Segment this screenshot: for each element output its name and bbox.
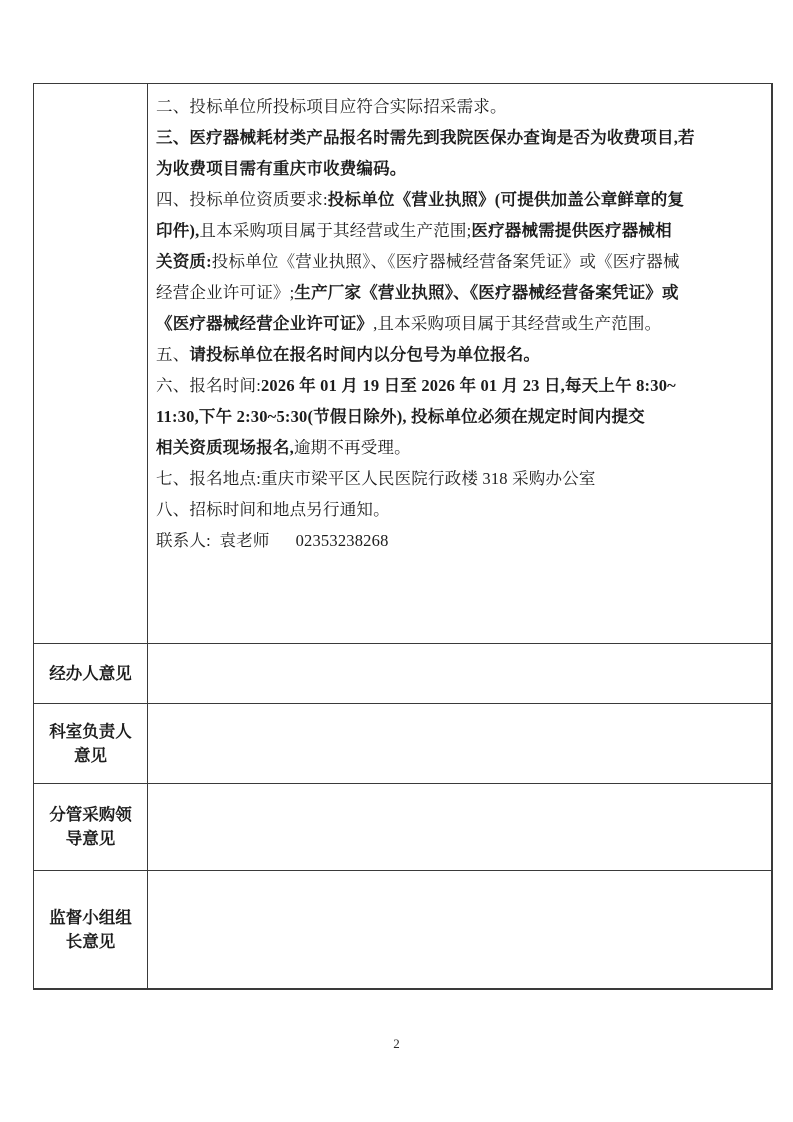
notice-line: 七、报名地点:重庆市梁平区人民医院行政楼 318 采购办公室	[156, 463, 765, 494]
notice-line: 八、招标时间和地点另行通知。	[156, 494, 765, 525]
table-row-procurement-leader-opinion: 分管采购领导意见	[34, 783, 771, 870]
notice-text: 五、	[156, 345, 189, 364]
notice-text: 逾期不再受理。	[294, 438, 411, 457]
notice-text-bold: 印件),	[156, 221, 199, 240]
supervision-group-leader-opinion-label: 监督小组组长意见	[47, 906, 134, 954]
document-page: 二、投标单位所投标项目应符合实际招采需求。三、医疗器械耗材类产品报名时需先到我院…	[0, 0, 793, 1122]
notice-line: 三、医疗器械耗材类产品报名时需先到我院医保办查询是否为收费项目,若	[156, 122, 765, 153]
department-head-opinion-label-cell: 科室负责人意见	[34, 704, 148, 783]
notice-line: 《医疗器械经营企业许可证》,且本采购项目属于其经营或生产范围。	[156, 308, 765, 339]
table-row-department-head-opinion: 科室负责人意见	[34, 703, 771, 783]
notice-text-bold: 《医疗器械经营企业许可证》	[156, 314, 373, 333]
page-number: 2	[0, 1036, 793, 1052]
notice-line: 联系人: 袁老师 02353238268	[156, 525, 765, 556]
notice-text: ,且本采购项目属于其经营或生产范围。	[373, 314, 661, 333]
notice-text-bold: 三、医疗器械耗材类产品报名时需先到我院医保办查询是否为收费项目,若	[156, 128, 695, 147]
notice-text-bold: 2026 年 01 月 19 日至 2026 年 01 月 23 日,每天上午 …	[261, 376, 676, 395]
notice-line: 经营企业许可证》;生产厂家《营业执照》、《医疗器械经营备案凭证》或	[156, 277, 765, 308]
notice-lines: 二、投标单位所投标项目应符合实际招采需求。三、医疗器械耗材类产品报名时需先到我院…	[156, 91, 765, 556]
procurement-leader-opinion-content-cell	[148, 784, 771, 870]
notice-line: 为收费项目需有重庆市收费编码。	[156, 153, 765, 184]
notice-text: 二、投标单位所投标项目应符合实际招采需求。	[156, 97, 507, 116]
procurement-leader-opinion-label: 分管采购领导意见	[47, 803, 134, 851]
notice-text: 七、报名地点:重庆市梁平区人民医院行政楼 318 采购办公室	[156, 469, 596, 488]
procurement-leader-opinion-label-cell: 分管采购领导意见	[34, 784, 148, 870]
notice-text-bold: 生产厂家《营业执照》、《医疗器械经营备案凭证》或	[294, 283, 678, 302]
notice-content-cell: 二、投标单位所投标项目应符合实际招采需求。三、医疗器械耗材类产品报名时需先到我院…	[148, 84, 771, 643]
notice-line: 四、投标单位资质要求:投标单位《营业执照》(可提供加盖公章鲜章的复	[156, 184, 765, 215]
notice-line: 11:30,下午 2:30~5:30(节假日除外), 投标单位必须在规定时间内提…	[156, 401, 765, 432]
table-row-handler-opinion: 经办人意见	[34, 643, 771, 703]
notice-text-bold: 11:30,下午 2:30~5:30(节假日除外), 投标单位必须在规定时间内提…	[156, 407, 645, 426]
department-head-opinion-label: 科室负责人意见	[47, 720, 134, 768]
notice-text: 四、投标单位资质要求:	[156, 190, 328, 209]
notice-line: 五、请投标单位在报名时间内以分包号为单位报名。	[156, 339, 765, 370]
approval-table: 二、投标单位所投标项目应符合实际招采需求。三、医疗器械耗材类产品报名时需先到我院…	[33, 83, 773, 990]
notice-text: 经营企业许可证》;	[156, 283, 294, 302]
notice-text-bold: 投标单位《营业执照》(可提供加盖公章鲜章的复	[328, 190, 684, 209]
handler-opinion-label: 经办人意见	[47, 662, 134, 686]
notice-text-bold: 请投标单位在报名时间内以分包号为单位报名。	[189, 345, 540, 364]
notice-text-bold: 关资质:	[156, 252, 212, 271]
supervision-group-leader-opinion-label-cell: 监督小组组长意见	[34, 871, 148, 988]
notice-text-bold: 相关资质现场报名,	[156, 438, 294, 457]
notice-text: 六、报名时间:	[156, 376, 261, 395]
table-row-notice: 二、投标单位所投标项目应符合实际招采需求。三、医疗器械耗材类产品报名时需先到我院…	[34, 84, 771, 643]
notice-line: 印件),且本采购项目属于其经营或生产范围;医疗器械需提供医疗器械相	[156, 215, 765, 246]
notice-line: 六、报名时间:2026 年 01 月 19 日至 2026 年 01 月 23 …	[156, 370, 765, 401]
notice-text: 联系人: 袁老师 02353238268	[156, 531, 389, 550]
handler-opinion-label-cell: 经办人意见	[34, 644, 148, 703]
notice-text: 八、招标时间和地点另行通知。	[156, 500, 390, 519]
notice-text: 投标单位《营业执照》、《医疗器械经营备案凭证》或《医疗器械	[212, 252, 680, 271]
notice-text-bold: 为收费项目需有重庆市收费编码。	[156, 159, 407, 178]
department-head-opinion-content-cell	[148, 704, 771, 783]
notice-line: 关资质:投标单位《营业执照》、《医疗器械经营备案凭证》或《医疗器械	[156, 246, 765, 277]
notice-line: 二、投标单位所投标项目应符合实际招采需求。	[156, 91, 765, 122]
notice-text: 且本采购项目属于其经营或生产范围;	[199, 221, 471, 240]
notice-label-cell-empty	[34, 84, 148, 643]
supervision-group-leader-opinion-content-cell	[148, 871, 771, 988]
notice-text-bold: 医疗器械需提供医疗器械相	[471, 221, 671, 240]
notice-line: 相关资质现场报名,逾期不再受理。	[156, 432, 765, 463]
table-row-supervision-group-leader-opinion: 监督小组组长意见	[34, 870, 771, 988]
handler-opinion-content-cell	[148, 644, 771, 703]
